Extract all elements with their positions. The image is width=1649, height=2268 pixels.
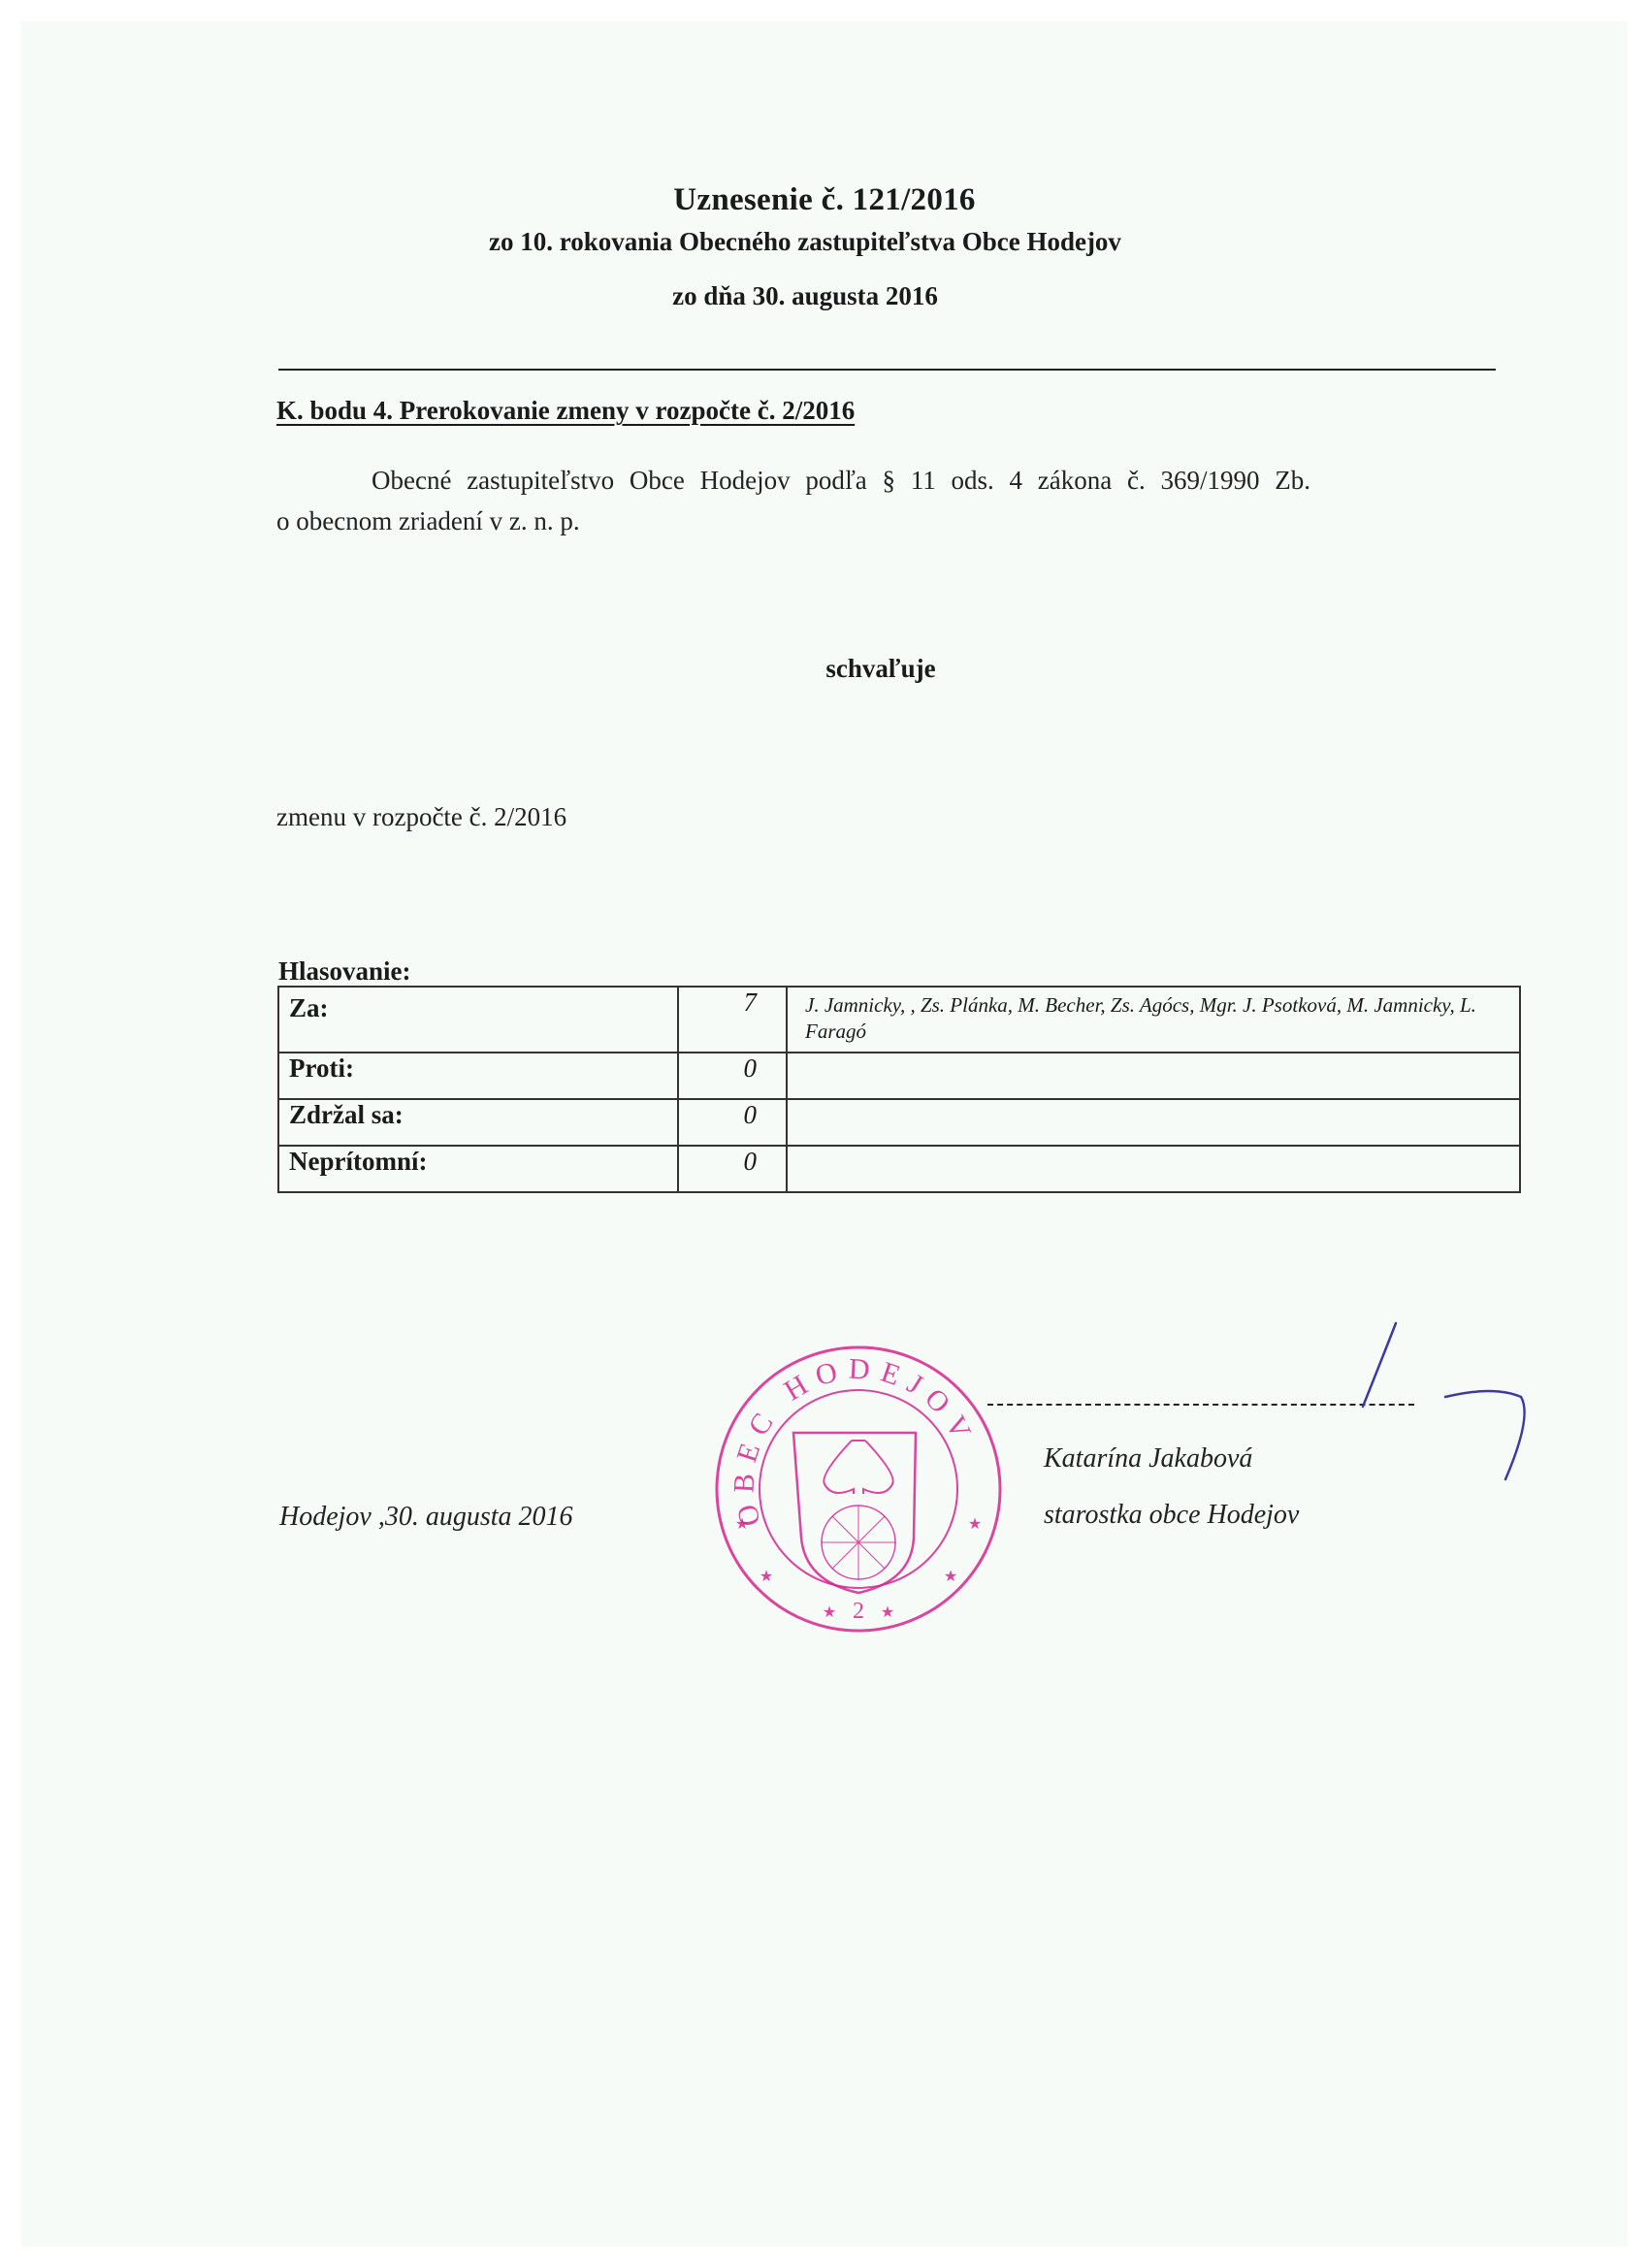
vote-row-names xyxy=(787,1053,1520,1099)
legal-basis-line-2: o obecnom zriadení v z. n. p. xyxy=(276,506,580,536)
vote-row-label: Proti: xyxy=(278,1053,678,1099)
vote-row-count: 0 xyxy=(678,1099,787,1146)
decision-text: zmenu v rozpočte č. 2/2016 xyxy=(276,802,566,832)
legal-basis-line-1: Obecné zastupiteľstvo Obce Hodejov podľa… xyxy=(372,466,1310,496)
document-date: zo dňa 30. augusta 2016 xyxy=(0,281,1630,311)
voting-table: Za: 7 J. Jamnicky, , Zs. Plánka, M. Bech… xyxy=(277,986,1521,1193)
header-divider xyxy=(278,369,1496,371)
vote-row-names xyxy=(787,1099,1520,1146)
section-heading: K. bodu 4. Prerokovanie zmeny v rozpočte… xyxy=(276,396,855,426)
signatory-name: Katarína Jakabová xyxy=(1044,1443,1252,1474)
table-row: Neprítomní: 0 xyxy=(278,1146,1520,1192)
svg-text:★: ★ xyxy=(968,1514,982,1533)
vote-row-label: Za: xyxy=(278,987,678,1053)
table-row: Proti: 0 xyxy=(278,1053,1520,1099)
vote-row-count: 0 xyxy=(678,1146,787,1192)
vote-row-label: Neprítomní: xyxy=(278,1146,678,1192)
table-row: Zdržal sa: 0 xyxy=(278,1099,1520,1146)
svg-text:★: ★ xyxy=(735,1514,749,1533)
vote-row-label: Zdržal sa: xyxy=(278,1099,678,1146)
svg-text:★: ★ xyxy=(760,1567,773,1585)
table-row: Za: 7 J. Jamnicky, , Zs. Plánka, M. Bech… xyxy=(278,987,1520,1053)
svg-text:★: ★ xyxy=(881,1603,894,1621)
svg-text:★: ★ xyxy=(944,1567,957,1585)
municipal-stamp-icon: OBEC HODEJOV 2 ★★ ★★ ★★ xyxy=(708,1339,1009,1639)
stamp-number: 2 xyxy=(853,1599,864,1624)
signatory-role: starostka obce Hodejov xyxy=(1044,1500,1299,1531)
handwritten-signature-icon xyxy=(1339,1300,1571,1513)
place-and-date: Hodejov ,30. augusta 2016 xyxy=(279,1502,573,1533)
vote-row-names xyxy=(787,1146,1520,1192)
document-subtitle: zo 10. rokovania Obecného zastupiteľstva… xyxy=(0,227,1630,257)
svg-text:★: ★ xyxy=(823,1603,836,1621)
vote-row-names: J. Jamnicky, , Zs. Plánka, M. Becher, Zs… xyxy=(787,987,1520,1053)
approves-heading: schvaľuje xyxy=(56,654,1649,684)
vote-row-count: 7 xyxy=(678,987,787,1053)
document-title: Uznesenie č. 121/2016 xyxy=(0,182,1649,218)
vote-row-count: 0 xyxy=(678,1053,787,1099)
voting-label: Hlasovanie: xyxy=(278,956,411,987)
